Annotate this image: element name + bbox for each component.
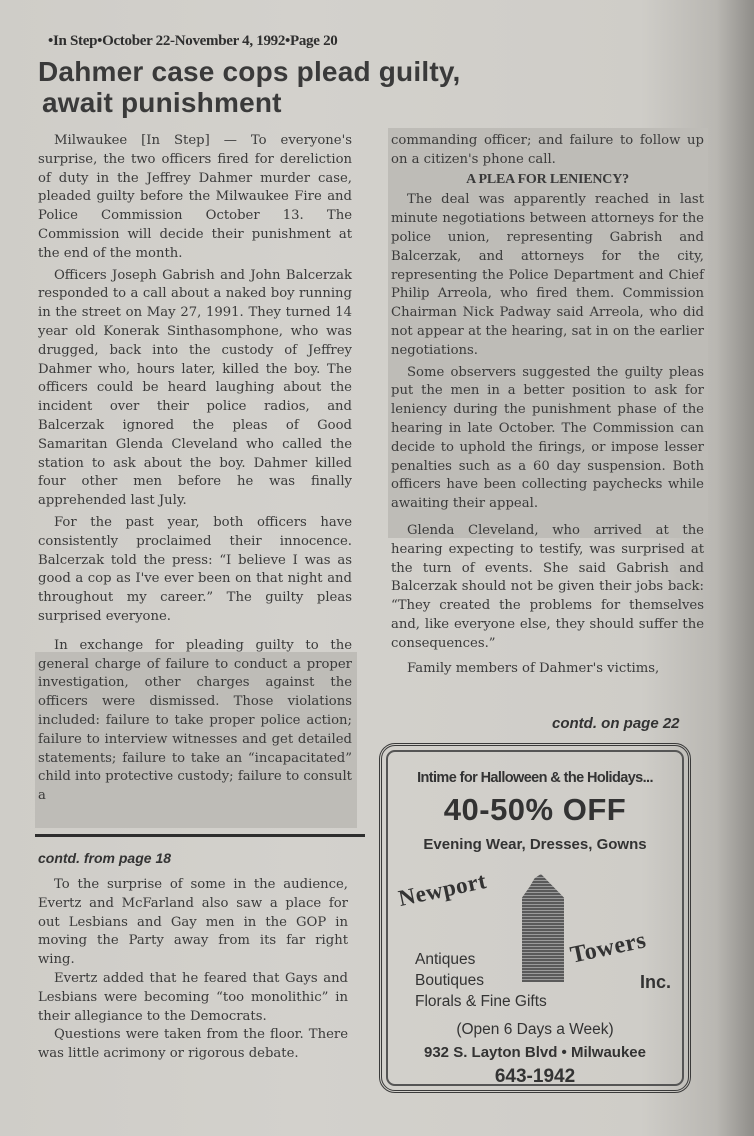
article-paragraph: Some observers suggested the guilty plea… bbox=[391, 364, 704, 514]
article-paragraph: To the surprise of some in the audience,… bbox=[38, 876, 348, 970]
ad-phone: 643-1942 bbox=[382, 1066, 688, 1088]
continued-column: To the surprise of some in the audience,… bbox=[38, 876, 348, 1064]
ad-items: Evening Wear, Dresses, Gowns bbox=[382, 836, 688, 853]
ad-brand-newport: Newport bbox=[396, 868, 489, 912]
article-paragraph: For the past year, both officers have co… bbox=[38, 514, 352, 627]
ad-offering: Boutiques bbox=[415, 970, 547, 991]
subhead: A PLEA FOR LENIENCY? bbox=[391, 171, 704, 190]
article-paragraph: Milwaukee [In Step] — To everyone's surp… bbox=[38, 132, 352, 264]
advertisement: Intime for Halloween & the Holidays... 4… bbox=[379, 743, 691, 1093]
divider-rule bbox=[35, 834, 365, 837]
article-paragraph: The deal was apparently reached in last … bbox=[391, 191, 704, 360]
continued-on-link[interactable]: contd. on page 22 bbox=[552, 715, 680, 732]
headline-line-1: Dahmer case cops plead guilty, bbox=[38, 56, 461, 87]
continued-from-label: contd. from page 18 bbox=[38, 850, 171, 866]
ad-offering: Antiques bbox=[415, 949, 547, 970]
ad-discount: 40-50% OFF bbox=[382, 792, 688, 828]
article-paragraph: Evertz added that he feared that Gays an… bbox=[38, 970, 348, 1026]
article-paragraph: In exchange for pleading guilty to the g… bbox=[38, 637, 352, 806]
article-paragraph: Officers Joseph Gabrish and John Balcerz… bbox=[38, 267, 352, 511]
headline-line-2: await punishment bbox=[38, 87, 598, 118]
ad-address: 932 S. Layton Blvd • Milwaukee bbox=[382, 1044, 688, 1061]
masthead: •In Step•October 22-November 4, 1992•Pag… bbox=[48, 33, 337, 50]
ad-hours: (Open 6 Days a Week) bbox=[382, 1021, 688, 1039]
article-column-1: Milwaukee [In Step] — To everyone's surp… bbox=[38, 132, 352, 806]
ad-offerings: Antiques Boutiques Florals & Fine Gifts bbox=[415, 949, 547, 1012]
article-paragraph: Family members of Dahmer's victims, bbox=[391, 660, 704, 679]
ad-offering: Florals & Fine Gifts bbox=[415, 991, 547, 1012]
article-paragraph: Glenda Cleveland, who arrived at the hea… bbox=[391, 522, 704, 654]
ad-brand-inc: Inc. bbox=[640, 972, 671, 993]
article-column-2: commanding officer; and failure to follo… bbox=[391, 132, 704, 678]
ad-tagline: Intime for Halloween & the Holidays... bbox=[382, 770, 688, 786]
article-paragraph: Questions were taken from the floor. The… bbox=[38, 1026, 348, 1064]
headline: Dahmer case cops plead guilty, await pun… bbox=[38, 56, 598, 118]
article-paragraph: commanding officer; and failure to follo… bbox=[391, 132, 704, 170]
ad-brand-towers: Towers bbox=[568, 927, 649, 969]
